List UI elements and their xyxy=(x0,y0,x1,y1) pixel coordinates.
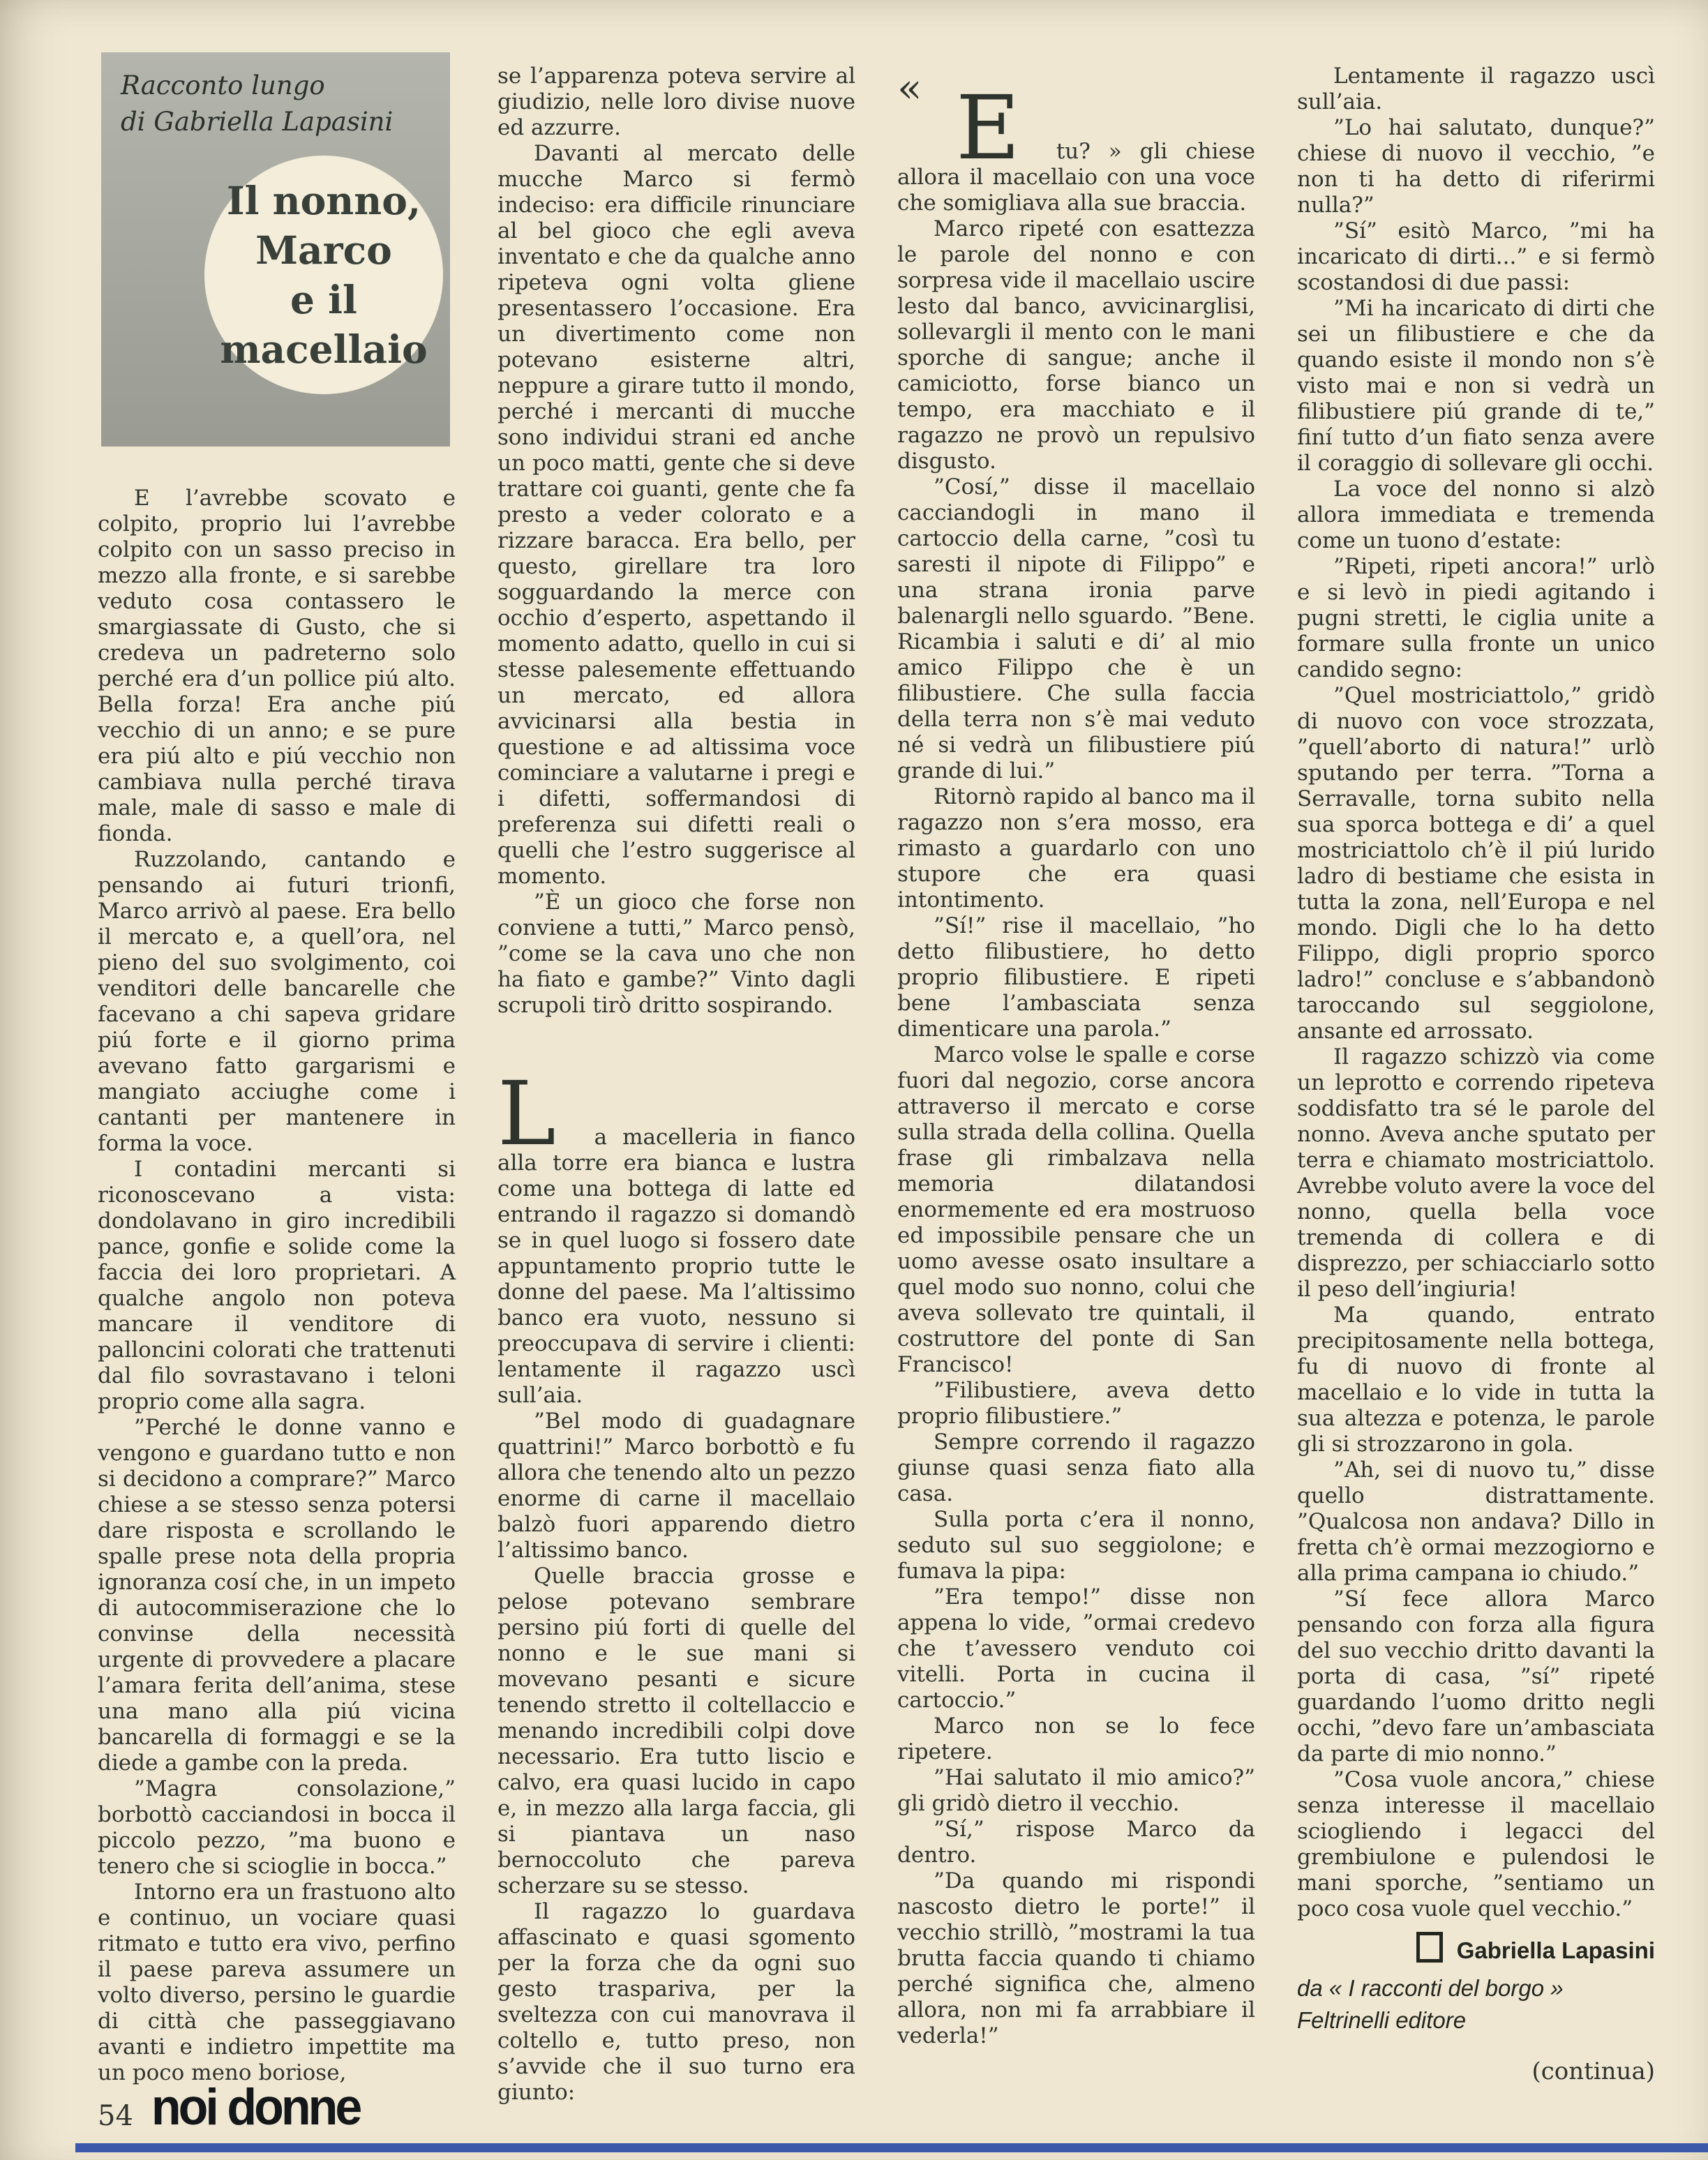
story-kicker: Racconto lungo di Gabriella Lapasini xyxy=(121,68,393,140)
paragraph: ”Sí” esitò Marco, ”mi ha incaricato di d… xyxy=(1297,218,1655,296)
page-number: 54 xyxy=(98,2100,133,2132)
paragraph: Marco volse le spalle e corse fuori dal … xyxy=(897,1042,1255,1378)
paragraph: Ma quando, entrato precipitosamente nell… xyxy=(1297,1303,1655,1457)
paragraph: ”Mi ha incaricato di dirti che sei un fi… xyxy=(1297,296,1655,477)
magazine-page: Racconto lungo di Gabriella Lapasini Il … xyxy=(0,0,1708,2160)
paragraph: ”Da quando mi rispondi nascosto dietro l… xyxy=(897,1868,1255,2049)
author-credit: Gabriella Lapasini xyxy=(1297,1932,1655,1964)
paragraph: La voce del nonno si alzò allora immedia… xyxy=(1297,477,1655,554)
paragraph: Marco non se lo fece ripetere. xyxy=(897,1713,1255,1765)
magazine-logo: noi donne xyxy=(151,2078,359,2136)
paragraph: Il ragazzo lo guardava affascinato e qua… xyxy=(497,1899,855,2106)
paragraph: ”Cosí,” disse il macellaio cacciandogli … xyxy=(897,474,1255,784)
article-columns: Racconto lungo di Gabriella Lapasini Il … xyxy=(98,52,1655,2106)
source-credit: da « I racconti del borgo » Feltrinelli … xyxy=(1297,1972,1655,2037)
continua-note: (continua) xyxy=(1297,2057,1655,2085)
paragraph: Il ragazzo schizzò via come un leprotto … xyxy=(1297,1044,1655,1303)
text-column-3: «E tu? » gli chiese allora il macellaio … xyxy=(897,52,1255,2049)
paragraph: ”Era tempo!” disse non appena lo vide, ”… xyxy=(897,1584,1255,1713)
paragraph: Davanti al mercato delle mucche Marco si… xyxy=(497,141,855,890)
paragraph: ”Hai salutato il mio amico?” gli gridò d… xyxy=(897,1765,1255,1817)
title-circle: Il nonno, Marco e il macellaio xyxy=(204,156,443,394)
paragraph: ”Filibustiere, aveva detto proprio filib… xyxy=(897,1378,1255,1430)
paragraph: Quelle braccia grosse e pelose potevano … xyxy=(497,1563,855,1899)
bottom-rule xyxy=(75,2143,1708,2152)
paragraph: Ruzzolando, cantando e pensando ai futur… xyxy=(98,847,456,1157)
column-4: Lentamente il ragazzo uscì sull’aia.”Lo … xyxy=(1297,52,1655,2106)
end-of-article-box-icon xyxy=(1416,1932,1443,1963)
paragraph: ”Sí fece allora Marco pensando con forza… xyxy=(1297,1587,1655,1767)
paragraph: ”Sí,” rispose Marco da dentro. xyxy=(897,1817,1255,1868)
paragraph: ”Perché le donne vanno e vengono e guard… xyxy=(98,1415,456,1776)
text-column-2: se l’apparenza poteva servire al giudizi… xyxy=(497,52,855,2106)
paragraph: ”Lo hai salutato, dunque?” chiese di nuo… xyxy=(1297,115,1655,218)
column-1: Racconto lungo di Gabriella Lapasini Il … xyxy=(98,52,456,2106)
column-3: «E tu? » gli chiese allora il macellaio … xyxy=(897,52,1255,2106)
paragraph: ”Sí!” rise il macellaio, ”ho detto filib… xyxy=(897,913,1255,1042)
author-name: Gabriella Lapasini xyxy=(1457,1937,1655,1963)
paragraph: se l’apparenza poteva servire al giudizi… xyxy=(497,63,855,141)
paragraph: ”Ripeti, ripeti ancora!” urlò e si levò … xyxy=(1297,554,1655,683)
paragraph: E l’avrebbe scovato e colpito, proprio l… xyxy=(98,486,456,847)
paragraph: ”È un gioco che forse non conviene a tut… xyxy=(497,890,855,1019)
paragraph: La macelleria in fianco alla torre era b… xyxy=(497,1101,855,1409)
paragraph: ”Quel mostriciattolo,” gridò di nuovo co… xyxy=(1297,683,1655,1044)
column-2: se l’apparenza poteva servire al giudizi… xyxy=(497,52,855,2106)
open-guillemet: « xyxy=(897,68,922,108)
text-column-4: Lentamente il ragazzo uscì sull’aia.”Lo … xyxy=(1297,52,1655,1922)
paragraph: ”Ah, sei di nuovo tu,” disse quello dist… xyxy=(1297,1457,1655,1587)
paragraph: Lentamente il ragazzo uscì sull’aia. xyxy=(1297,63,1655,115)
text-column-1: E l’avrebbe scovato e colpito, proprio l… xyxy=(98,486,456,2086)
story-title: Il nonno, Marco e il macellaio xyxy=(220,176,427,374)
drop-cap-E: E xyxy=(956,77,1038,179)
paragraph: ”Magra consolazione,” borbottò cacciando… xyxy=(98,1776,456,1880)
paragraph: Intorno era un frastuono alto e continuo… xyxy=(98,1880,456,2086)
paragraph: ”Cosa vuole ancora,” chiese senza intere… xyxy=(1297,1767,1655,1922)
page-footer: 54 noi donne xyxy=(98,2080,359,2136)
paragraph: I contadini mercanti si riconoscevano a … xyxy=(98,1157,456,1415)
paragraph: «E tu? » gli chiese allora il macellaio … xyxy=(897,63,1255,216)
paragraph: ”Bel modo di guadagnare quattrini!” Marc… xyxy=(497,1409,855,1563)
paragraph: Sulla porta c’era il nonno, seduto sul s… xyxy=(897,1507,1255,1584)
paragraph: Ritornò rapido al banco ma il ragazzo no… xyxy=(897,784,1255,913)
article-credits: Gabriella Lapasini da « I racconti del b… xyxy=(1297,1932,1655,2085)
drop-cap-L: L xyxy=(497,1063,594,1165)
paragraph: Sempre correndo il ragazzo giunse quasi … xyxy=(897,1430,1255,1507)
paragraph: Marco ripeté con esattezza le parole del… xyxy=(897,216,1255,474)
story-header: Racconto lungo di Gabriella Lapasini Il … xyxy=(101,52,450,447)
